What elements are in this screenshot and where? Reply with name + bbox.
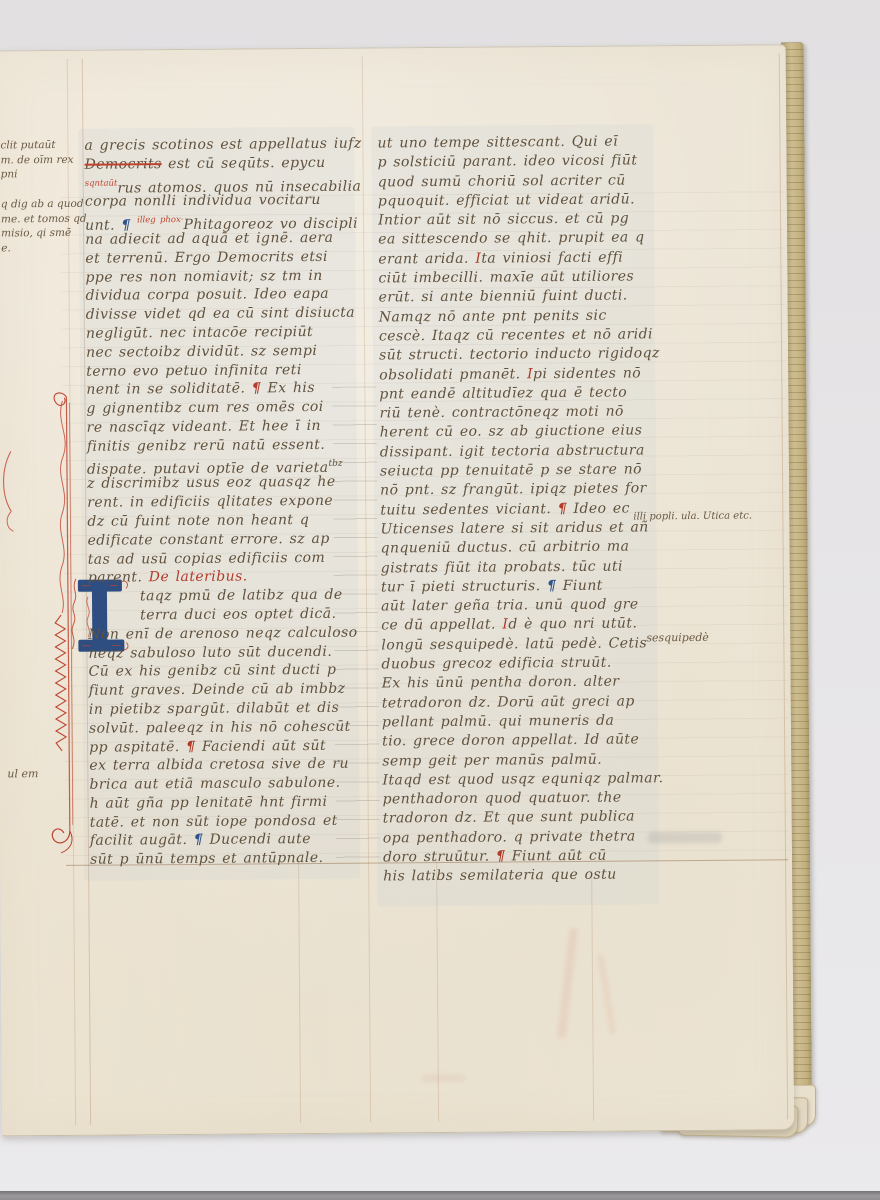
text-line: corpa nonlli individua vocitaru xyxy=(85,191,357,212)
text-line: tas ad usū copias edificiis com xyxy=(88,548,360,569)
text-line: h aūt gña pp lenitatē hnt firmi xyxy=(90,792,362,813)
text-line: qnqueniū ductus. cū arbitrio ma xyxy=(381,538,657,559)
text-line: terno evo petuo infinita reti xyxy=(86,360,358,381)
text-line: dividua corpa posuit. Ideo eapa xyxy=(86,285,358,306)
parchment-leaf: a grecis scotinos est appellatus iufzDem… xyxy=(0,44,794,1136)
text-line: in pietibz spargūt. dilabūt et dis xyxy=(89,699,361,720)
text-line: ppe res non nomiavit; sz tm in xyxy=(85,266,357,287)
text-line: pnt eandē altitudīez qua ē tecto xyxy=(379,383,655,404)
text-line: neqz sabuloso luto sūt ducendi. xyxy=(88,642,360,663)
text-column-right: ut uno tempe sittescant. Qui eīp solstic… xyxy=(377,132,659,887)
margin-note-left-low: ul em xyxy=(7,767,38,782)
text-line: penthadoron quod quatuor. the xyxy=(383,788,659,809)
text-line: tur ī pieti structuris. ¶ Fiunt xyxy=(381,576,657,597)
text-line: pp aspitatē. ¶ Faciendi aūt sūt xyxy=(89,736,361,757)
text-line: dispate. putavi optīe de varietatbz xyxy=(87,454,359,475)
text-line: Namqz nō ante pnt penits sic xyxy=(379,306,655,327)
text-line: tradoron dz. Et que sunt publica xyxy=(383,808,659,829)
text-line: ciūt imbecilli. maxīe aūt utiliores xyxy=(378,267,654,288)
text-line: semp geit per manūs palmū. xyxy=(382,750,658,771)
text-line: na adiecit ad aquā et ignē. aera xyxy=(85,229,357,250)
red-edge-curl xyxy=(0,449,17,533)
text-line: a grecis scotinos est appellatus iufz xyxy=(84,135,356,156)
text-line: rent. in edificiis qlitates expone xyxy=(87,492,359,513)
text-line: opa penthadoro. q private thetra xyxy=(383,827,659,848)
text-line: ex terra albida cretosa sive de ru xyxy=(89,755,361,776)
text-line: nō pnt. sz frangūt. ipiqz pietes for xyxy=(380,480,656,501)
show-through-mark xyxy=(596,953,616,1035)
text-line: ce dū appellat. Id è quo nri utūt. xyxy=(381,615,657,636)
text-line: aūt later geña tria. unū quod gre xyxy=(381,595,657,616)
text-line: longū sesquipedè. latū pedè. Cetis xyxy=(381,634,657,655)
show-through-mark xyxy=(557,927,579,1039)
open-book: a grecis scotinos est appellatus iufzDem… xyxy=(0,44,824,1138)
text-line: unt. ¶ illeg phox·Phitagoreoz vo discipl… xyxy=(85,210,357,231)
margin-note-sesquipede: sesquipedè xyxy=(646,631,709,646)
margin-note-utica: illi popli. ula. Utica etc. xyxy=(633,509,783,525)
text-line: Uticenses latere si sit aridus et añ xyxy=(380,518,656,539)
text-line: ut uno tempe sittescant. Qui eī xyxy=(377,132,653,153)
text-line: seiucta pp tenuitatē p se stare nō xyxy=(380,460,656,481)
text-line: sqntaūtrus atomos. quos nū insecabilia xyxy=(85,172,357,193)
text-line: obsolidati pmanēt. Ipi sidentes nō xyxy=(379,364,655,385)
text-line: finitis genibz rerū natū essent. xyxy=(87,435,359,456)
text-line: z discrimibz usus eoz quasqz he xyxy=(87,473,359,494)
text-line: sūt structi. tectorio inducto rigidoqz xyxy=(379,345,655,366)
ruling-vertical xyxy=(298,859,301,1123)
text-line: terra duci eos optet dicā. xyxy=(88,605,360,626)
text-column-left: a grecis scotinos est appellatus iufzDem… xyxy=(84,135,362,870)
text-line: dz cū fuint note non heant q xyxy=(87,511,359,532)
text-line: ea sittescendo se qhit. prupit ea q xyxy=(378,229,654,250)
text-line: facilit augāt. ¶ Ducendi aute xyxy=(90,830,362,851)
margin-note-left-top: clit putaūt m. de oīm rex pni xyxy=(0,138,73,182)
show-through-mark xyxy=(422,1074,466,1082)
table-edge-strip xyxy=(0,1191,880,1200)
text-line: pquoquit. efficiat ut videat aridū. xyxy=(378,190,654,211)
text-line: his latibs semilateria que ostu xyxy=(383,866,659,887)
text-line: tio. grece doron appellat. Id aūte xyxy=(382,730,658,751)
text-line: Democrits est cū seqūts. epycu xyxy=(85,153,357,174)
text-line: nec sectoibz dividūt. sz sempi xyxy=(86,341,358,362)
text-line: brica aut etiā masculo sabulone. xyxy=(89,774,361,795)
text-line: tetradoron dz. Dorū aūt greci ap xyxy=(382,692,658,713)
text-line: sūt p ūnū temps et antūpnale. xyxy=(90,849,362,870)
text-line: solvūt. paleeqz in his nō cohescūt xyxy=(89,717,361,738)
text-line: Ex his ūnū pentha doron. alter xyxy=(382,673,658,694)
text-line: dissipant. igit tectoria abstructura xyxy=(380,441,656,462)
text-line: gistrats fiūt ita probats. tūc uti xyxy=(381,557,657,578)
ruling-vertical xyxy=(591,871,594,1121)
margin-note-left-mid: q dig ab a quod me. et tomos qd misio, q… xyxy=(1,197,87,256)
text-line: erant arida. Ita viniosi facti effi xyxy=(378,248,654,269)
text-line: tuitu sedentes viciant. ¶ Ideo ec xyxy=(380,499,656,520)
text-line: riū tenè. contractōneqz moti nō xyxy=(379,402,655,423)
text-line: negligūt. nec intacōe recipiūt xyxy=(86,323,358,344)
text-line: Cū ex his genibz cū sint ducti p xyxy=(89,661,361,682)
text-line: doro struūtur. ¶ Fiunt aūt cū xyxy=(383,846,659,867)
text-line: re nascīqz videant. Et hee ī in xyxy=(87,417,359,438)
text-line: tatē. et non sūt iope pondosa et xyxy=(90,811,362,832)
text-line: Itaqd est quod usqz equniqz palmar. xyxy=(382,769,658,790)
show-through-mark xyxy=(648,832,722,844)
text-line: et terrenū. Ergo Democrits etsi xyxy=(85,247,357,268)
text-line: fiunt graves. Deinde cū ab imbbz xyxy=(89,680,361,701)
text-line: Intior aūt sit nō siccus. et cū pg xyxy=(378,209,654,230)
text-line: edificate constant errore. sz ap xyxy=(87,529,359,550)
text-line: nent in se soliditatē. ¶ Ex his xyxy=(86,379,358,400)
text-line: g gignentibz cum res omēs coi xyxy=(86,398,358,419)
text-line: parent. De lateribus. xyxy=(88,567,360,588)
text-line: divisse videt qd ea cū sint disiucta xyxy=(86,304,358,325)
text-line: taqz pmū de latibz qua de xyxy=(88,586,360,607)
text-line: herent cū eo. sz ab giuctione eius xyxy=(380,422,656,443)
manuscript-photo: a grecis scotinos est appellatus iufzDem… xyxy=(0,0,880,1200)
text-line: p solsticiū parant. ideo vicosi fiūt xyxy=(378,152,654,173)
text-line: duobus grecoz edificia struūt. xyxy=(381,653,657,674)
text-line: quod sumū choriū sol acriter cū xyxy=(378,171,654,192)
text-line: erūt. si ante bienniū fuint ducti. xyxy=(379,287,655,308)
text-line: cescè. Itaqz cū recentes et nō aridi xyxy=(379,325,655,346)
text-line: pellant palmū. qui muneris da xyxy=(382,711,658,732)
text-line: Non enī de arenoso neqz calculoso xyxy=(88,623,360,644)
